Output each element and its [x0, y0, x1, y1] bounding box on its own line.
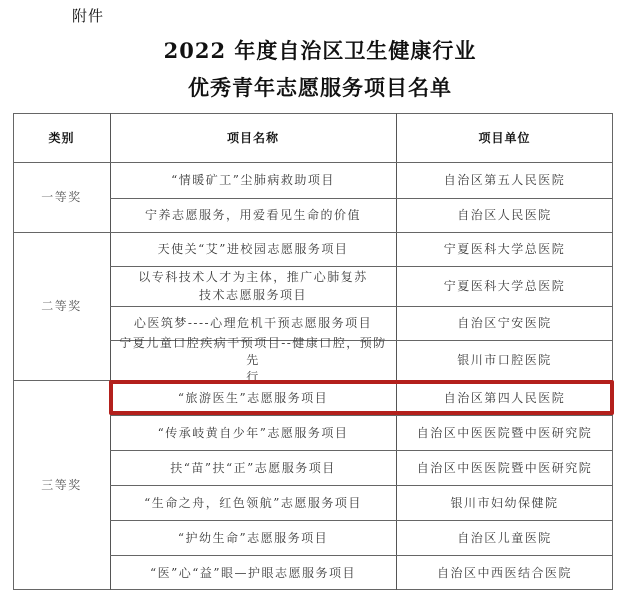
project-unit: 自治区第五人民医院	[396, 162, 613, 198]
project-unit: 宁夏医科大学总医院	[396, 266, 613, 306]
attachment-label: 附件	[72, 5, 104, 26]
project-name: “医”心“益”眼—护眼志愿服务项目	[110, 555, 396, 590]
project-name: 宁养志愿服务，用爱看见生命的价值	[110, 198, 396, 232]
project-name: “生命之舟，红色领航”志愿服务项目	[110, 485, 396, 520]
project-name-multiline: 以专科技术人才为主体，推广心肺复苏 技术志愿服务项目	[110, 266, 396, 306]
header-category: 类别	[13, 113, 110, 162]
header-project-unit: 项目单位	[396, 113, 613, 162]
project-unit: 自治区中医医院暨中医研究院	[396, 450, 613, 485]
project-name: “传承岐黄自少年”志愿服务项目	[110, 415, 396, 450]
project-name-line-2: 技术志愿服务项目	[199, 286, 307, 304]
project-unit: 自治区宁安医院	[396, 306, 613, 340]
project-name: 天使关“艾”进校园志愿服务项目	[110, 232, 396, 266]
project-unit: 宁夏医科大学总医院	[396, 232, 613, 266]
project-name-highlighted: “旅游医生”志愿服务项目	[110, 380, 396, 415]
project-unit: 银川市口腔医院	[396, 340, 613, 380]
document-title-line-2: 优秀青年志愿服务项目名单	[0, 72, 640, 102]
category-first-prize: 一等奖	[13, 162, 110, 232]
project-name-multiline: 宁夏儿童口腔疾病干预项目--健康口腔，预防先 行	[110, 340, 396, 380]
project-unit: 自治区中西医结合医院	[396, 555, 613, 590]
header-project-name: 项目名称	[110, 113, 396, 162]
project-name-line-1: 宁夏儿童口腔疾病干预项目--健康口腔，预防先	[114, 335, 392, 369]
document-title-line-1: 2022 年度自治区卫生健康行业	[0, 35, 640, 65]
category-second-prize: 二等奖	[13, 232, 110, 380]
project-unit: 自治区中医医院暨中医研究院	[396, 415, 613, 450]
project-name: “护幼生命”志愿服务项目	[110, 520, 396, 555]
category-third-prize: 三等奖	[13, 380, 110, 590]
project-name: 扶“苗”扶“正”志愿服务项目	[110, 450, 396, 485]
project-unit: 银川市妇幼保健院	[396, 485, 613, 520]
project-unit-highlighted: 自治区第四人民医院	[396, 380, 613, 415]
project-unit: 自治区人民医院	[396, 198, 613, 232]
project-name-line-1: 以专科技术人才为主体，推广心肺复苏	[138, 268, 368, 286]
project-name: “情暖矿工”尘肺病救助项目	[110, 162, 396, 198]
project-unit: 自治区儿童医院	[396, 520, 613, 555]
